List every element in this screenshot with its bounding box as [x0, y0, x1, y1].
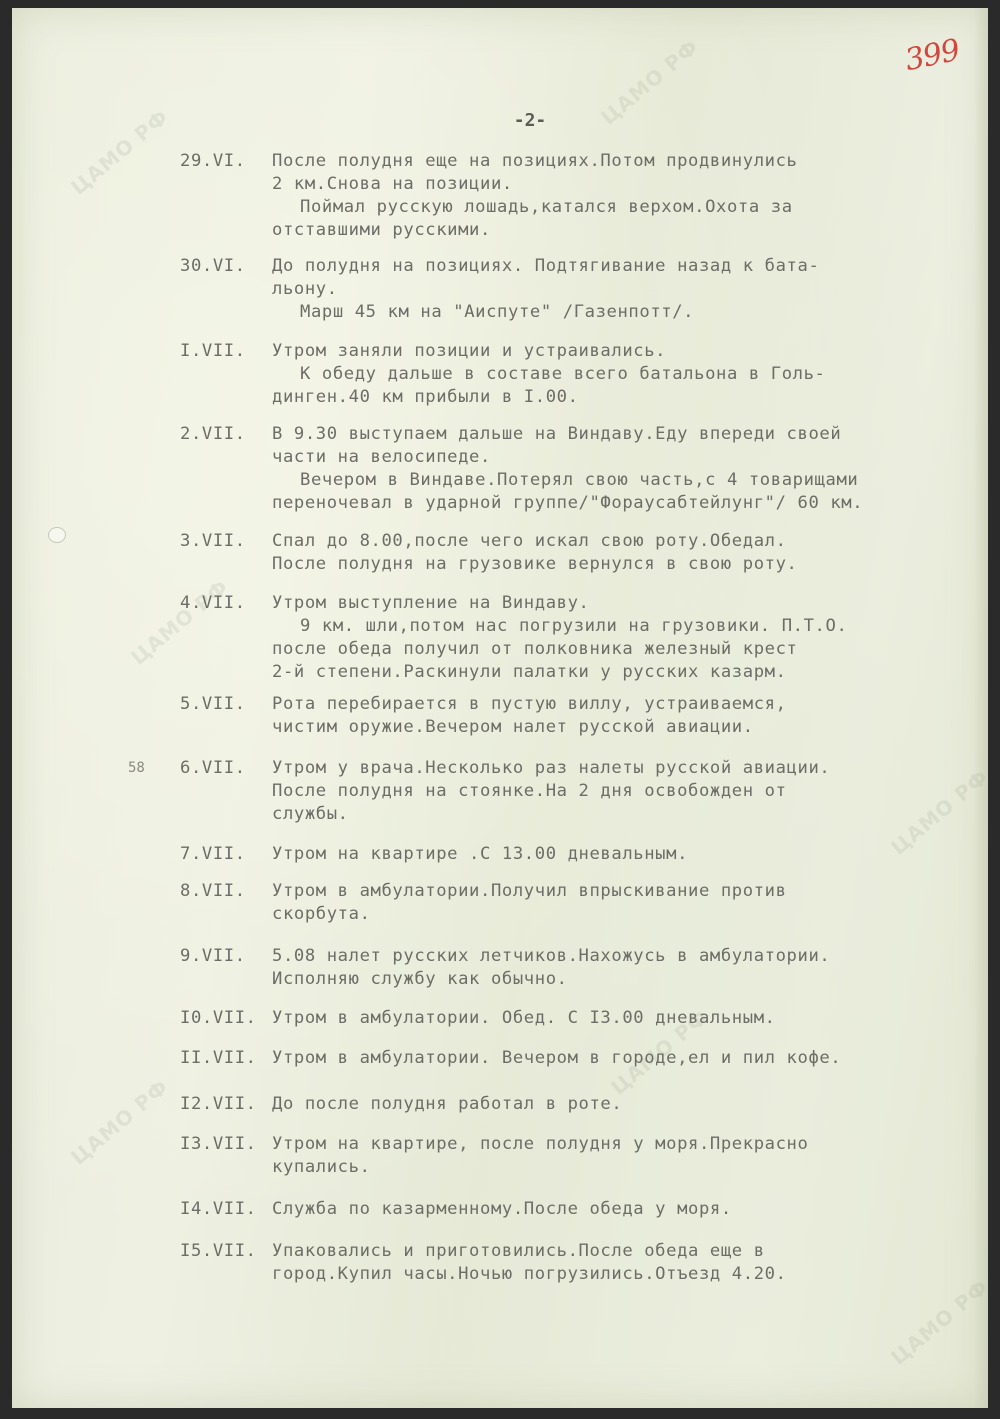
entry-line: Утром на квартире .С 13.00 дневальным. [272, 843, 992, 866]
entry-line: Служба по казарменному.После обеда у мор… [272, 1198, 992, 1221]
margin-note: 58 [128, 760, 145, 776]
entry-text: После полудня еще на позициях.Потом прод… [272, 150, 992, 242]
entry-text: До полудня на позициях. Подтягивание наз… [272, 255, 992, 324]
entry-line: Утром у врача.Несколько раз налеты русск… [272, 757, 992, 780]
punch-hole [48, 527, 66, 543]
entry-date: I4.VII. [180, 1198, 270, 1221]
entry-date: II.VII. [180, 1047, 270, 1070]
entry-text: Рота перебирается в пустую виллу, устраи… [272, 693, 992, 739]
entry-date: 30.VI. [180, 255, 270, 278]
entry-line: льону. [272, 278, 992, 301]
entry-text: Утром на квартире .С 13.00 дневальным. [272, 843, 992, 866]
entry-line: Утром в амбулатории.Получил впрыскивание… [272, 880, 992, 903]
entry-line: До после полудня работал в роте. [272, 1093, 992, 1116]
entry-line: Утром заняли позиции и устраивались. [272, 340, 992, 363]
entry-line: службы. [272, 803, 992, 826]
entry-date: I3.VII. [180, 1133, 270, 1156]
entry-line: город.Купил часы.Ночью погрузились.Отъез… [272, 1263, 992, 1286]
entry-date: 29.VI. [180, 150, 270, 173]
entry-text: Утром у врача.Несколько раз налеты русск… [272, 757, 992, 826]
entry-date: 5.VII. [180, 693, 270, 716]
entry-text: Утром в амбулатории.Получил впрыскивание… [272, 880, 992, 926]
entry-date: 8.VII. [180, 880, 270, 903]
entry-date: I5.VII. [180, 1240, 270, 1263]
entry-line: До полудня на позициях. Подтягивание наз… [272, 255, 992, 278]
entry-text: Утром в амбулатории. Вечером в городе,ел… [272, 1047, 992, 1070]
entry-text: Упаковались и приготовились.После обеда … [272, 1240, 992, 1286]
entry-date: 7.VII. [180, 843, 270, 866]
entry-text: В 9.30 выступаем дальше на Виндаву.Еду в… [272, 423, 992, 515]
entry-line: После полудня еще на позициях.Потом прод… [272, 150, 992, 173]
entry-text: Утром выступление на Виндаву.9 км. шли,п… [272, 592, 992, 684]
entry-line: купались. [272, 1156, 992, 1179]
entry-line: Утром на квартире, после полудня у моря.… [272, 1133, 992, 1156]
entry-line: динген.40 км прибыли в I.00. [272, 386, 992, 409]
entry-text: Утром в амбулатории. Обед. С I3.00 днева… [272, 1007, 992, 1030]
entry-line: Утром в амбулатории. Обед. С I3.00 днева… [272, 1007, 992, 1030]
entry-date: 4.VII. [180, 592, 270, 615]
entry-date: 2.VII. [180, 423, 270, 446]
entry-line: части на велосипеде. [272, 446, 992, 469]
entry-line: 2-й степени.Раскинули палатки у русских … [272, 661, 992, 684]
entry-line: после обеда получил от полковника железн… [272, 638, 992, 661]
entry-line: Упаковались и приготовились.После обеда … [272, 1240, 992, 1263]
entry-line: отставшими русскими. [272, 219, 992, 242]
entry-line: После полудня на грузовике вернулся в св… [272, 553, 992, 576]
entry-line: После полудня на стоянке.На 2 дня освобо… [272, 780, 992, 803]
entry-line: Поймал русскую лошадь,катался верхом.Охо… [272, 196, 992, 219]
entry-text: До после полудня работал в роте. [272, 1093, 992, 1116]
entry-line: Вечером в Виндаве.Потерял свою часть,с 4… [272, 469, 992, 492]
entry-line: В 9.30 выступаем дальше на Виндаву.Еду в… [272, 423, 992, 446]
entry-text: Утром заняли позиции и устраивались.К об… [272, 340, 992, 409]
entry-text: Служба по казарменному.После обеда у мор… [272, 1198, 992, 1221]
page-number: -2- [0, 110, 1000, 131]
entry-line: скорбута. [272, 903, 992, 926]
entry-line: 5.08 налет русских летчиков.Нахожусь в а… [272, 945, 992, 968]
entry-date: 6.VII. [180, 757, 270, 780]
entry-text: Спал до 8.00,после чего искал свою роту.… [272, 530, 992, 576]
entry-line: чистим оружие.Вечером налет русской авиа… [272, 716, 992, 739]
entry-line: 2 км.Снова на позиции. [272, 173, 992, 196]
entry-date: I.VII. [180, 340, 270, 363]
entry-line: переночевал в ударной группе/"Фораусабте… [272, 492, 992, 515]
scanned-page: ЦАМО РФ ЦАМО РФ ЦАМО РФ ЦАМО РФ ЦАМО РФ … [0, 0, 1000, 1419]
entry-line: Спал до 8.00,после чего искал свою роту.… [272, 530, 992, 553]
entry-date: I2.VII. [180, 1093, 270, 1116]
entry-line: Исполняю службу как обычно. [272, 968, 992, 991]
entry-line: Рота перебирается в пустую виллу, устраи… [272, 693, 992, 716]
entry-line: Утром выступление на Виндаву. [272, 592, 992, 615]
entry-text: Утром на квартире, после полудня у моря.… [272, 1133, 992, 1179]
entry-line: Марш 45 км на "Аиспуте" /Газенпотт/. [272, 301, 992, 324]
entry-text: 5.08 налет русских летчиков.Нахожусь в а… [272, 945, 992, 991]
entry-date: 3.VII. [180, 530, 270, 553]
entry-line: 9 км. шли,потом нас погрузили на грузови… [272, 615, 992, 638]
entry-date: 9.VII. [180, 945, 270, 968]
entry-line: К обеду дальше в составе всего батальона… [272, 363, 992, 386]
entry-line: Утром в амбулатории. Вечером в городе,ел… [272, 1047, 992, 1070]
entry-date: I0.VII. [180, 1007, 270, 1030]
